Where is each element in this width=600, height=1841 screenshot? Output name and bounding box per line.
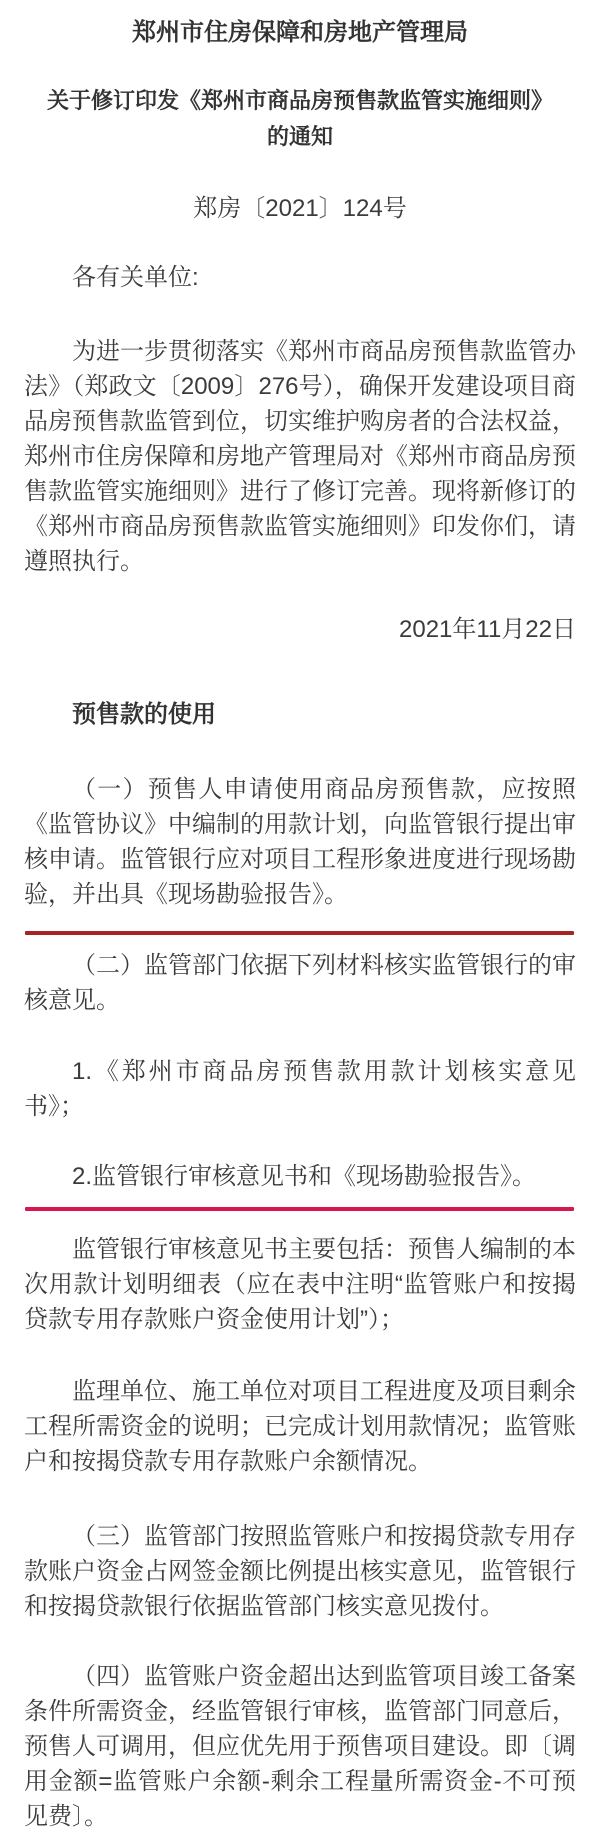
list-item-2: 2.监管银行审核意见书和《现场勘验报告》。 — [24, 1159, 576, 1194]
paragraph-item-4-si: （四）监管账户资金超出达到监管项目竣工备案条件所需资金，经监管银行审核，监管部门… — [24, 1659, 576, 1834]
issuer-name: 郑州市住房保障和房地产管理局 — [24, 18, 576, 48]
paragraph-item-1-yi: （一）预售人申请使用商品房预售款，应按照《监管协议》中编制的用款计划，向监管银行… — [24, 772, 576, 912]
paragraph-supervision-units: 监理单位、施工单位对项目工程进度及项目剩余工程所需资金的说明；已完成计划用款情况… — [24, 1374, 576, 1479]
red-divider-top — [25, 931, 574, 935]
document-number: 郑房〔2021〕124号 — [24, 194, 576, 224]
paragraph-item-3-san: （三）监管部门按照监管账户和按揭贷款专用存款账户资金占网签金额比例提出核实意见，… — [24, 1519, 576, 1624]
paragraph-bank-opinion: 监管银行审核意见书主要包括：预售人编制的本次用款计划明细表（应在表中注明“监管账… — [24, 1232, 576, 1337]
salutation: 各有关单位: — [24, 260, 576, 295]
section-heading-presale-fund-use: 预售款的使用 — [24, 697, 576, 732]
document-title: 关于修订印发《郑州市商品房预售款监管实施细则》 的通知 — [24, 83, 576, 155]
red-divider-bottom — [25, 1207, 574, 1211]
notice-document: 郑州市住房保障和房地产管理局 关于修订印发《郑州市商品房预售款监管实施细则》 的… — [0, 0, 600, 1841]
issue-date: 2021年11月22日 — [24, 612, 576, 647]
paragraph-item-2-er: （二）监管部门依据下列材料核实监管银行的审核意见。 — [24, 948, 576, 1018]
document-title-line-2: 的通知 — [24, 119, 576, 155]
intro-paragraph: 为进一步贯彻落实《郑州市商品房预售款监管办法》（郑政文〔2009〕276号），确… — [24, 334, 576, 579]
document-title-line-1: 关于修订印发《郑州市商品房预售款监管实施细则》 — [24, 83, 576, 119]
list-item-1: 1.《郑州市商品房预售款用款计划核实意见书》； — [24, 1054, 576, 1124]
